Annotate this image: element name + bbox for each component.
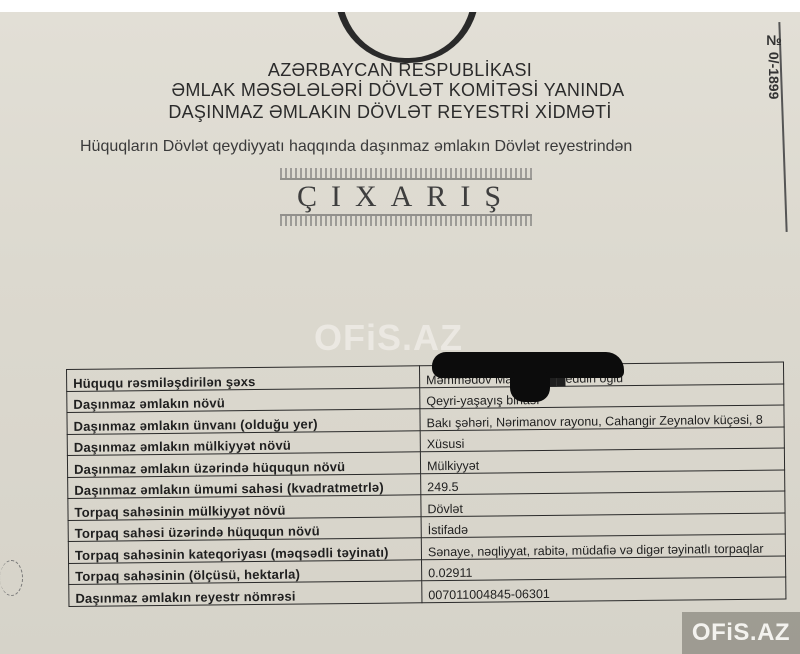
row-label: Daşınmaz əmlakın reyestr nömrəsi [69,581,422,606]
document-subtitle: Hüquqların Dövlət qeydiyyatı haqqında da… [80,138,632,156]
header-service: DAŞINMAZ ƏMLAKIN DÖVLƏT REYESTRİ XİDMƏTİ [0,102,790,123]
redaction-mark [510,372,550,402]
row-value: Bakı şəhəri, Nərimanov rayonu, Cahangir … [420,405,784,430]
watermark-corner: OFiS.AZ [682,612,800,654]
document-title: ÇIXARIŞ [280,180,532,214]
side-serial-number: № 0/-1899 [752,32,782,232]
ornament-bottom [280,214,532,226]
state-emblem-icon [335,12,479,63]
row-label: Torpaq sahəsinin kateqoriyası (məqsədli … [68,538,421,563]
ornament-top [280,168,532,180]
header-republic: AZƏRBAYCAN RESPUBLİKASI [0,60,800,81]
header-committee: ƏMLAK MƏSƏLƏLƏRİ DÖVLƏT KOMİTƏSİ YANINDA [0,80,798,101]
row-value: Sənaye, nəqliyyat, rabitə, müdafiə və di… [421,534,785,559]
registry-table: Hüququ rəsmiləşdirilən şəxsMəmmədov Ma██… [66,361,786,606]
stamp-mark [0,560,23,596]
row-value: 007011004845-06301 [422,577,786,602]
title-block: ÇIXARIŞ [280,164,532,228]
row-label: Daşınmaz əmlakın ümumi sahəsi (kvadratme… [68,473,421,498]
